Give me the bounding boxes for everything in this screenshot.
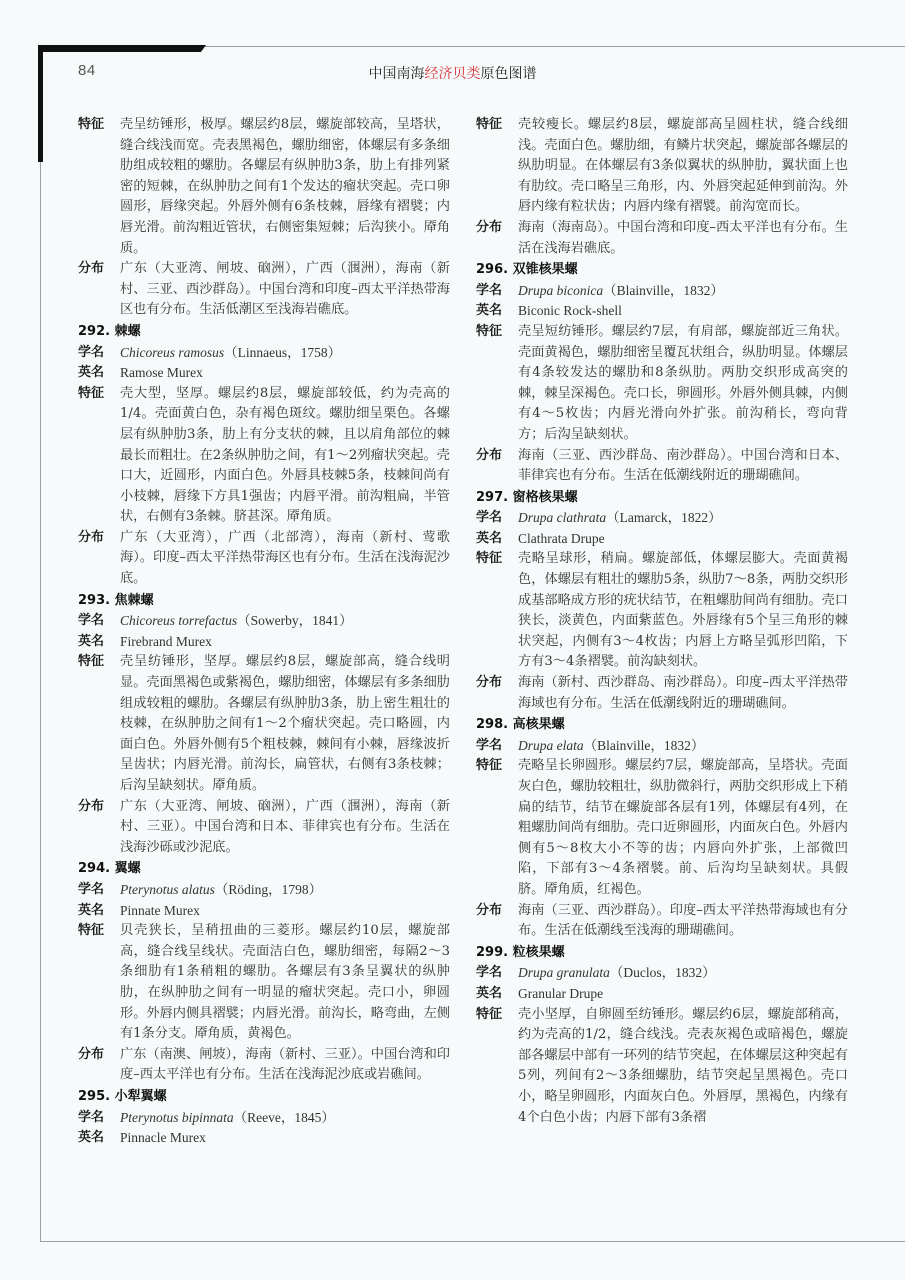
right-column: 特征 壳较瘦长。螺层约8层，螺旋部高呈圆柱状，缝合线细浅。壳面白色。螺肋细，有鳞… — [476, 115, 848, 1128]
sci-name: Drupa granulata — [518, 965, 610, 980]
sci-author: （Röding，1798） — [215, 882, 322, 897]
distribution-field: 分布 海南（三亚、西沙群岛、南沙群岛）。中国台湾和日本、菲律宾也有分布。生活在低… — [476, 446, 848, 487]
distribution-field: 分布 广东（大亚湾、闸坡、硇洲），广西（涠洲），海南（新村、三亚）。中国台湾和日… — [78, 797, 450, 859]
sci-name: Drupa biconica — [518, 283, 603, 298]
sci-name: Pterynotus bipinnata — [120, 1110, 234, 1125]
en-name-field: 英名 Pinnacle Murex — [78, 1128, 450, 1149]
sci-name-text: Chicoreus torrefactus（Sowerby，1841） — [120, 611, 450, 632]
en-name-label: 英名 — [78, 1128, 120, 1149]
entry-title: 296. 双锥核果螺 — [476, 260, 848, 281]
feature-text: 贝壳狭长，呈稍扭曲的三菱形。螺层约10层，螺旋部高，缝合线呈线状。壳面洁白色，螺… — [120, 921, 450, 1045]
sci-name: Pterynotus alatus — [120, 882, 215, 897]
sci-name-label: 学名 — [476, 736, 518, 757]
distribution-text: 海南（三亚、西沙群岛）。印度–西太平洋热带海域也有分布。生活在低潮线至浅海的珊瑚… — [518, 901, 848, 942]
en-name-label: 英名 — [78, 901, 120, 922]
sci-name-field: 学名 Drupa biconica（Blainville，1832） — [476, 281, 848, 302]
feature-label: 特征 — [476, 322, 518, 446]
feature-label: 特征 — [476, 756, 518, 900]
sci-name-text: Chicoreus ramosus（Linnaeus，1758） — [120, 343, 450, 364]
entry-title: 298. 高核果螺 — [476, 715, 848, 736]
corner-decoration-top — [38, 45, 206, 52]
sci-author: （Duclos，1832） — [610, 965, 716, 980]
feature-field: 特征 壳呈纺锤形，极厚。螺层约8层，螺旋部较高，呈塔状，缝合线浅而宽。壳表黑褐色… — [78, 115, 450, 259]
sci-name-field: 学名 Pterynotus bipinnata（Reeve，1845） — [78, 1108, 450, 1129]
feature-field: 特征 壳呈短纺锤形。螺层约7层，有肩部，螺旋部近三角状。壳面黄褐色，螺肋细密呈覆… — [476, 322, 848, 446]
distribution-field: 分布 广东（大亚湾），广西（北部湾），海南（新村、莺歌海）。印度–西太平洋热带海… — [78, 528, 450, 590]
sci-name-label: 学名 — [78, 880, 120, 901]
feature-text: 壳略呈长卵圆形。螺层约7层，螺旋部高，呈塔状。壳面灰白色，螺肋较粗壮，纵肋微斜行… — [518, 756, 848, 900]
feature-text: 壳呈短纺锤形。螺层约7层，有肩部，螺旋部近三角状。壳面黄褐色，螺肋细密呈覆瓦状组… — [518, 322, 848, 446]
en-name-field: 英名 Granular Drupe — [476, 984, 848, 1005]
sci-name-label: 学名 — [78, 1108, 120, 1129]
feature-text: 壳呈纺锤形，坚厚。螺层约8层，螺旋部高，缝合线明显。壳面黑褐色或紫褐色，螺肋细密… — [120, 652, 450, 796]
feature-label: 特征 — [78, 921, 120, 1045]
en-name: Pinnate Murex — [120, 901, 450, 922]
feature-field: 特征 贝壳狭长，呈稍扭曲的三菱形。螺层约10层，螺旋部高，缝合线呈线状。壳面洁白… — [78, 921, 450, 1045]
en-name-label: 英名 — [476, 984, 518, 1005]
sci-name-field: 学名 Chicoreus torrefactus（Sowerby，1841） — [78, 611, 450, 632]
sci-author: （Linnaeus，1758） — [224, 345, 341, 360]
distribution-text: 海南（海南岛）。中国台湾和印度–西太平洋也有分布。生活在浅海岩礁底。 — [518, 218, 848, 259]
en-name: Pinnacle Murex — [120, 1128, 450, 1149]
en-name: Clathrata Drupe — [518, 529, 848, 550]
distribution-field: 分布 海南（新村、西沙群岛、南沙群岛）。印度–西太平洋热带海域也有分布。生活在低… — [476, 673, 848, 714]
distribution-text: 广东（大亚湾、闸坡、硇洲），广西（涠洲），海南（新村、三亚）。中国台湾和日本、菲… — [120, 797, 450, 859]
en-name: Biconic Rock-shell — [518, 301, 848, 322]
distribution-text: 广东（大亚湾、闸坡、硇洲），广西（涠洲），海南（新村、三亚、西沙群岛）。中国台湾… — [120, 259, 450, 321]
sci-author: （Blainville，1832） — [603, 283, 724, 298]
en-name: Granular Drupe — [518, 984, 848, 1005]
left-column: 特征 壳呈纺锤形，极厚。螺层约8层，螺旋部较高，呈塔状，缝合线浅而宽。壳表黑褐色… — [78, 115, 450, 1149]
sci-author: （Reeve，1845） — [234, 1110, 335, 1125]
distribution-field: 分布 海南（三亚、西沙群岛）。印度–西太平洋热带海域也有分布。生活在低潮线至浅海… — [476, 901, 848, 942]
distribution-text: 海南（新村、西沙群岛、南沙群岛）。印度–西太平洋热带海域也有分布。生活在低潮线附… — [518, 673, 848, 714]
sci-name: Drupa elata — [518, 738, 584, 753]
feature-text: 壳小坚厚，自卵圆至纺锤形。螺层约6层，螺旋部稍高，约为壳高的1/2，缝合线浅。壳… — [518, 1005, 848, 1129]
sci-name-label: 学名 — [476, 281, 518, 302]
en-name-field: 英名 Biconic Rock-shell — [476, 301, 848, 322]
entry-title: 295. 小犁翼螺 — [78, 1087, 450, 1108]
en-name-field: 英名 Clathrata Drupe — [476, 529, 848, 550]
entry-title: 294. 翼螺 — [78, 859, 450, 880]
en-name: Ramose Murex — [120, 363, 450, 384]
en-name-label: 英名 — [476, 301, 518, 322]
title-suffix: 原色图谱 — [481, 66, 537, 82]
feature-text: 壳较瘦长。螺层约8层，螺旋部高呈圆柱状，缝合线细浅。壳面白色。螺肋细，有鳞片状突… — [518, 115, 848, 218]
en-name-field: 英名 Firebrand Murex — [78, 632, 450, 653]
feature-label: 特征 — [78, 384, 120, 528]
sci-name-text: Drupa elata（Blainville，1832） — [518, 736, 848, 757]
feature-text: 壳略呈球形，稍扁。螺旋部低，体螺层膨大。壳面黄褐色，体螺层有粗壮的螺肋5条，纵肋… — [518, 549, 848, 673]
distribution-label: 分布 — [476, 673, 518, 714]
title-accent: 经济贝类 — [425, 66, 481, 82]
sci-name-field: 学名 Drupa elata（Blainville，1832） — [476, 736, 848, 757]
sci-name-text: Drupa biconica（Blainville，1832） — [518, 281, 848, 302]
feature-field: 特征 壳略呈球形，稍扁。螺旋部低，体螺层膨大。壳面黄褐色，体螺层有粗壮的螺肋5条… — [476, 549, 848, 673]
feature-field: 特征 壳呈纺锤形，坚厚。螺层约8层，螺旋部高，缝合线明显。壳面黑褐色或紫褐色，螺… — [78, 652, 450, 796]
entry-title: 292. 棘螺 — [78, 322, 450, 343]
distribution-label: 分布 — [78, 1045, 120, 1086]
feature-text: 壳呈纺锤形，极厚。螺层约8层，螺旋部较高，呈塔状，缝合线浅而宽。壳表黑褐色，螺肋… — [120, 115, 450, 259]
en-name-label: 英名 — [78, 363, 120, 384]
distribution-text: 广东（南澳、闸坡），海南（新村、三亚）。中国台湾和印度–西太平洋也有分布。生活在… — [120, 1045, 450, 1086]
entry-title: 293. 焦棘螺 — [78, 591, 450, 612]
distribution-text: 广东（大亚湾），广西（北部湾），海南（新村、莺歌海）。印度–西太平洋热带海区也有… — [120, 528, 450, 590]
feature-field: 特征 壳小坚厚，自卵圆至纺锤形。螺层约6层，螺旋部稍高，约为壳高的1/2，缝合线… — [476, 1005, 848, 1129]
sci-name-text: Pterynotus alatus（Röding，1798） — [120, 880, 450, 901]
feature-label: 特征 — [476, 549, 518, 673]
distribution-text: 海南（三亚、西沙群岛、南沙群岛）。中国台湾和日本、菲律宾也有分布。生活在低潮线附… — [518, 446, 848, 487]
feature-text: 壳大型，坚厚。螺层约8层，螺旋部较低，约为壳高的1/4。壳面黄白色，杂有褐色斑纹… — [120, 384, 450, 528]
running-title: 中国南海经济贝类原色图谱 — [0, 63, 905, 83]
distribution-label: 分布 — [476, 218, 518, 259]
distribution-label: 分布 — [476, 901, 518, 942]
en-name: Firebrand Murex — [120, 632, 450, 653]
en-name-field: 英名 Pinnate Murex — [78, 901, 450, 922]
sci-name-text: Pterynotus bipinnata（Reeve，1845） — [120, 1108, 450, 1129]
feature-field: 特征 壳较瘦长。螺层约8层，螺旋部高呈圆柱状，缝合线细浅。壳面白色。螺肋细，有鳞… — [476, 115, 848, 218]
distribution-label: 分布 — [78, 528, 120, 590]
distribution-field: 分布 海南（海南岛）。中国台湾和印度–西太平洋也有分布。生活在浅海岩礁底。 — [476, 218, 848, 259]
sci-author: （Sowerby，1841） — [237, 613, 353, 628]
sci-name-field: 学名 Drupa granulata（Duclos，1832） — [476, 963, 848, 984]
entry-title: 297. 窗格核果螺 — [476, 488, 848, 509]
distribution-label: 分布 — [476, 446, 518, 487]
sci-author: （Blainville，1832） — [584, 738, 705, 753]
en-name-field: 英名 Ramose Murex — [78, 363, 450, 384]
feature-field: 特征 壳略呈长卵圆形。螺层约7层，螺旋部高，呈塔状。壳面灰白色，螺肋较粗壮，纵肋… — [476, 756, 848, 900]
en-name-label: 英名 — [78, 632, 120, 653]
sci-name-field: 学名 Drupa clathrata（Lamarck，1822） — [476, 508, 848, 529]
distribution-label: 分布 — [78, 797, 120, 859]
distribution-label: 分布 — [78, 259, 120, 321]
sci-name: Drupa clathrata — [518, 510, 606, 525]
sci-name-label: 学名 — [476, 508, 518, 529]
sci-name-label: 学名 — [78, 611, 120, 632]
feature-label: 特征 — [476, 1005, 518, 1129]
sci-name-field: 学名 Pterynotus alatus（Röding，1798） — [78, 880, 450, 901]
sci-name-text: Drupa clathrata（Lamarck，1822） — [518, 508, 848, 529]
entry-title: 299. 粒核果螺 — [476, 943, 848, 964]
en-name-label: 英名 — [476, 529, 518, 550]
sci-author: （Lamarck，1822） — [606, 510, 721, 525]
feature-label: 特征 — [476, 115, 518, 218]
sci-name-label: 学名 — [78, 343, 120, 364]
title-prefix: 中国南海 — [369, 66, 425, 82]
feature-label: 特征 — [78, 115, 120, 259]
sci-name-text: Drupa granulata（Duclos，1832） — [518, 963, 848, 984]
sci-name: Chicoreus torrefactus — [120, 613, 237, 628]
feature-label: 特征 — [78, 652, 120, 796]
distribution-field: 分布 广东（大亚湾、闸坡、硇洲），广西（涠洲），海南（新村、三亚、西沙群岛）。中… — [78, 259, 450, 321]
sci-name-field: 学名 Chicoreus ramosus（Linnaeus，1758） — [78, 343, 450, 364]
sci-name: Chicoreus ramosus — [120, 345, 224, 360]
feature-field: 特征 壳大型，坚厚。螺层约8层，螺旋部较低，约为壳高的1/4。壳面黄白色，杂有褐… — [78, 384, 450, 528]
sci-name-label: 学名 — [476, 963, 518, 984]
distribution-field: 分布 广东（南澳、闸坡），海南（新村、三亚）。中国台湾和印度–西太平洋也有分布。… — [78, 1045, 450, 1086]
